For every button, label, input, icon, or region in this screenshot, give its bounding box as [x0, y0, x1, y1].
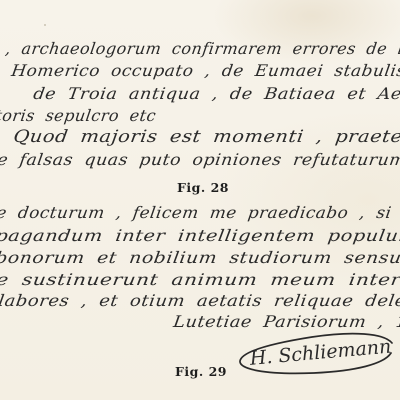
handwritten-line: labores , et otium aetatis reliquae dele… — [0, 291, 400, 311]
handwritten-line: e falsas quas puto opiniones refutaturum… — [0, 150, 400, 170]
handwritten-line: Homerico occupato , de Eumaei stabulis ,… — [10, 61, 400, 81]
paper-speck — [44, 24, 46, 26]
signature: H. Schliemann — [234, 329, 400, 381]
handwritten-line: pagandum inter intelligentem populum Fra… — [0, 226, 400, 246]
signature-flourish-icon: H. Schliemann — [234, 329, 400, 381]
handwritten-line: bonorum et nobilium studiorum sensum , q… — [0, 248, 400, 268]
handwritten-line: , archaeologorum confirmarem errores de … — [4, 39, 400, 59]
handwritten-line: e sustinuerunt animum meum inter duros l — [0, 270, 400, 290]
handwritten-line: de Troia antiqua , de Batiaea et Aesyeti… — [32, 84, 400, 104]
handwritten-line: toris sepulcro etc — [0, 106, 157, 126]
handwritten-line: Quod majoris est momenti , praeterquam — [12, 127, 400, 147]
handwritten-line: e docturum , felicem me praedicabo , si … — [0, 203, 400, 223]
scanned-manuscript-page: , archaeologorum confirmarem errores de … — [0, 0, 400, 400]
figure-caption-28: Fig. 28 — [177, 180, 229, 195]
figure-caption-29: Fig. 29 — [175, 364, 227, 379]
